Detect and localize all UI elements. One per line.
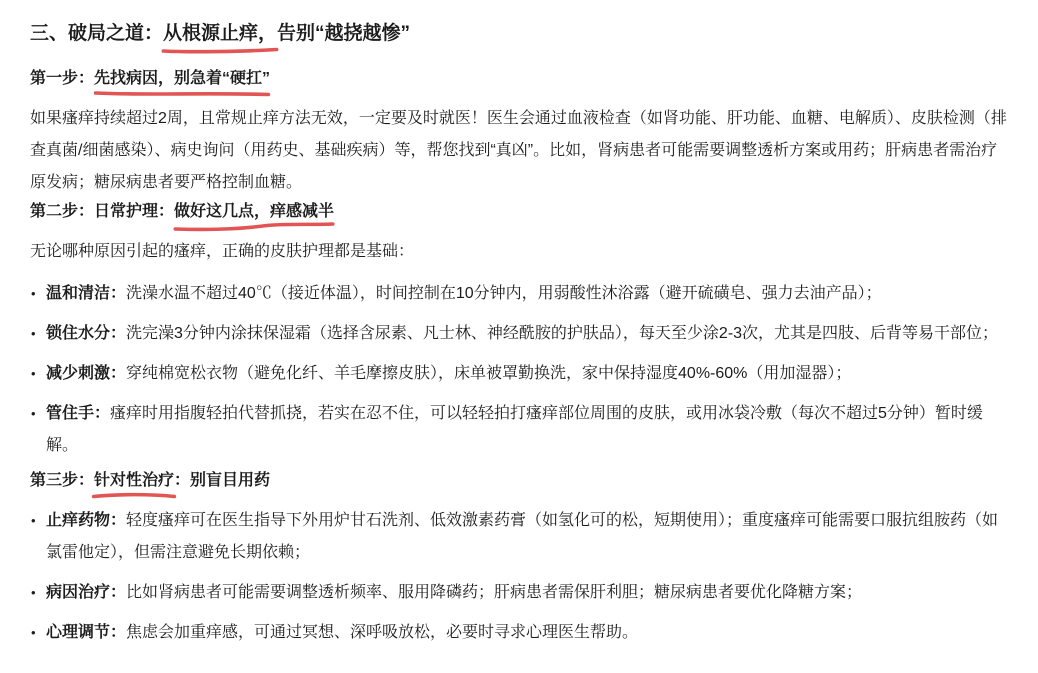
- title-suffix: 告别“越挠越惨”: [277, 23, 410, 44]
- red-underline: [92, 88, 272, 98]
- item-text: 洗澡水温不超过40℃（接近体温），时间控制在10分钟内，用弱酸性沐浴露（避开硫磺…: [126, 285, 882, 302]
- title-prefix: 三、破局之道：: [30, 23, 163, 44]
- list-item: •减少刺激：穿纯棉宽松衣物（避免化纤、羊毛摩擦皮肤），床单被罩勤换洗，家中保持湿…: [30, 358, 1010, 390]
- bullet-icon: •: [31, 358, 36, 390]
- item-text: 穿纯棉宽松衣物（避免化纤、羊毛摩擦皮肤），床单被罩勤换洗，家中保持湿度40%-6…: [126, 365, 851, 382]
- step2-underlined-text: 做好这几点，痒感减半: [174, 203, 334, 220]
- step3-underlined-text: 针对性治疗: [94, 472, 174, 489]
- red-underline: [161, 45, 279, 55]
- item-text: 洗完澡3分钟内涂抹保湿霜（选择含尿素、凡士林、神经酰胺的护肤品），每天至少涂2-…: [126, 325, 998, 342]
- term-label: 止痒药物：: [46, 512, 126, 529]
- list-item: •止痒药物：轻度瘙痒可在医生指导下外用炉甘石洗剂、低效激素药膏（如氢化可的松，短…: [30, 505, 1010, 569]
- step3-heading-prefix: 第三步：: [30, 472, 94, 489]
- step2-heading: 第二步：日常护理：做好这几点，痒感减半: [30, 201, 1010, 223]
- term-label: 心理调节：: [46, 624, 126, 641]
- list-item: •温和清洁：洗澡水温不超过40℃（接近体温），时间控制在10分钟内，用弱酸性沐浴…: [30, 278, 1010, 310]
- step2-annotated-phrase: 做好这几点，痒感减半: [174, 201, 334, 223]
- step1-heading-prefix: 第一步：: [30, 70, 94, 87]
- bullet-icon: •: [31, 505, 36, 537]
- bullet-icon: •: [31, 617, 36, 649]
- red-underline: [92, 490, 176, 500]
- page-title: 三、破局之道：从根源止痒，告别“越挠越惨”: [30, 20, 1010, 47]
- treatment-list: •止痒药物：轻度瘙痒可在医生指导下外用炉甘石洗剂、低效激素药膏（如氢化可的松，短…: [30, 505, 1010, 649]
- step3-annotated-phrase: 针对性治疗: [94, 470, 174, 492]
- list-item: •心理调节：焦虑会加重痒感，可通过冥想、深呼吸放松，必要时寻求心理医生帮助。: [30, 617, 1010, 649]
- step3-heading: 第三步：针对性治疗：别盲目用药: [30, 470, 1010, 492]
- term-label: 温和清洁：: [46, 285, 126, 302]
- item-text: 瘙痒时用指腹轻拍代替抓挠，若实在忍不住，可以轻轻拍打瘙痒部位周围的皮肤，或用冰袋…: [46, 405, 983, 454]
- term-label: 锁住水分：: [46, 325, 126, 342]
- bullet-icon: •: [31, 577, 36, 609]
- list-item: •管住手：瘙痒时用指腹轻拍代替抓挠，若实在忍不住，可以轻轻拍打瘙痒部位周围的皮肤…: [30, 398, 1010, 462]
- item-text: 比如肾病患者可能需要调整透析频率、服用降磷药；肝病患者需保肝利胆；糖尿病患者要优…: [126, 584, 862, 601]
- bullet-icon: •: [31, 278, 36, 310]
- step3-heading-suffix: ：别盲目用药: [174, 472, 270, 489]
- step1-paragraph: 如果瘙痒持续超过2周，且常规止痒方法无效，一定要及时就医！医生会通过血液检查（如…: [30, 103, 1010, 199]
- title-underlined-text: 从根源止痒，: [163, 23, 277, 44]
- step2-heading-prefix: 第二步：日常护理：: [30, 203, 174, 220]
- title-annotated-phrase: 从根源止痒，: [163, 20, 277, 47]
- term-label: 管住手：: [46, 405, 110, 422]
- red-underline: [172, 221, 336, 231]
- step2-intro: 无论哪种原因引起的瘙痒，正确的皮肤护理都是基础：: [30, 236, 1010, 268]
- daily-care-list: •温和清洁：洗澡水温不超过40℃（接近体温），时间控制在10分钟内，用弱酸性沐浴…: [30, 278, 1010, 462]
- step1-heading: 第一步：先找病因，别急着“硬扛”: [30, 68, 1010, 90]
- step1-annotated-phrase: 先找病因，别急着“硬扛”: [94, 68, 270, 90]
- bullet-icon: •: [31, 398, 36, 430]
- document-page: 三、破局之道：从根源止痒，告别“越挠越惨” 第一步：先找病因，别急着“硬扛” 如…: [0, 0, 1038, 649]
- item-text: 轻度瘙痒可在医生指导下外用炉甘石洗剂、低效激素药膏（如氢化可的松，短期使用）；重…: [46, 512, 998, 561]
- item-text: 焦虑会加重痒感，可通过冥想、深呼吸放松，必要时寻求心理医生帮助。: [126, 624, 638, 641]
- list-item: •锁住水分：洗完澡3分钟内涂抹保湿霜（选择含尿素、凡士林、神经酰胺的护肤品），每…: [30, 318, 1010, 350]
- step1-underlined-text: 先找病因，别急着“硬扛”: [94, 70, 270, 87]
- bullet-icon: •: [31, 318, 36, 350]
- list-item: •病因治疗：比如肾病患者可能需要调整透析频率、服用降磷药；肝病患者需保肝利胆；糖…: [30, 577, 1010, 609]
- term-label: 减少刺激：: [46, 365, 126, 382]
- term-label: 病因治疗：: [46, 584, 126, 601]
